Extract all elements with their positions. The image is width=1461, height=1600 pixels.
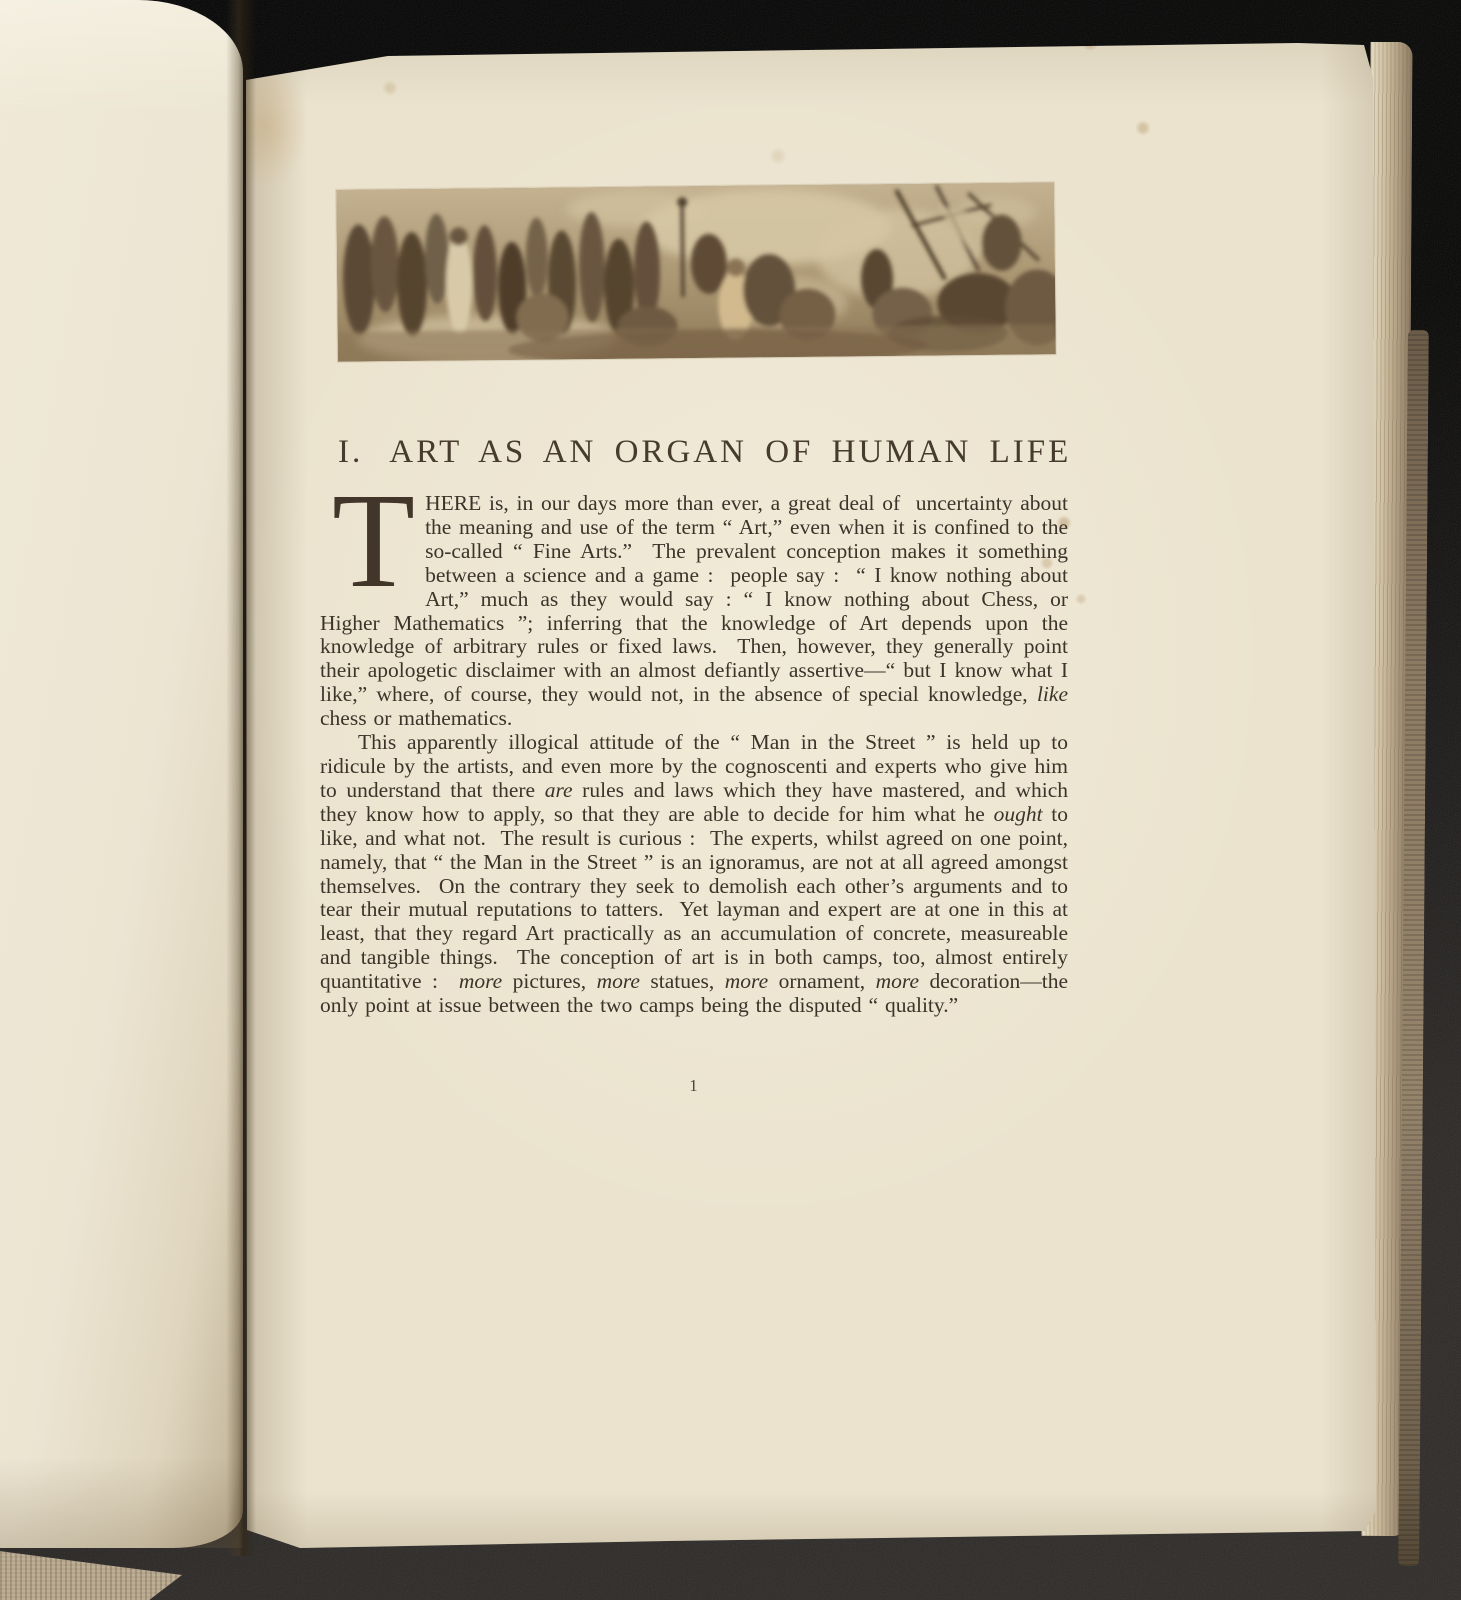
open-book-photo: I.ART AS AN ORGAN OF HUMAN LIFE THERE is… <box>0 0 1461 1600</box>
chapter-heading: I.ART AS AN ORGAN OF HUMAN LIFE <box>338 434 1068 471</box>
plate-illustration <box>336 182 1056 362</box>
page-number: 1 <box>320 1076 1068 1096</box>
paragraph: THERE is, in our days more than ever, a … <box>320 492 1068 731</box>
book-gutter-shadow <box>226 0 256 1556</box>
blank-verso-page <box>0 0 243 1548</box>
drop-cap: T <box>332 495 415 590</box>
chapter-title: ART AS AN ORGAN OF HUMAN LIFE <box>389 434 1071 470</box>
book-cover-corner <box>0 1548 182 1600</box>
chapter-number: I. <box>338 434 363 470</box>
sepia-frieze-painting <box>336 182 1056 362</box>
paragraph: This apparently illogical attitude of th… <box>320 731 1068 1018</box>
body-text: THERE is, in our days more than ever, a … <box>320 492 1068 1018</box>
